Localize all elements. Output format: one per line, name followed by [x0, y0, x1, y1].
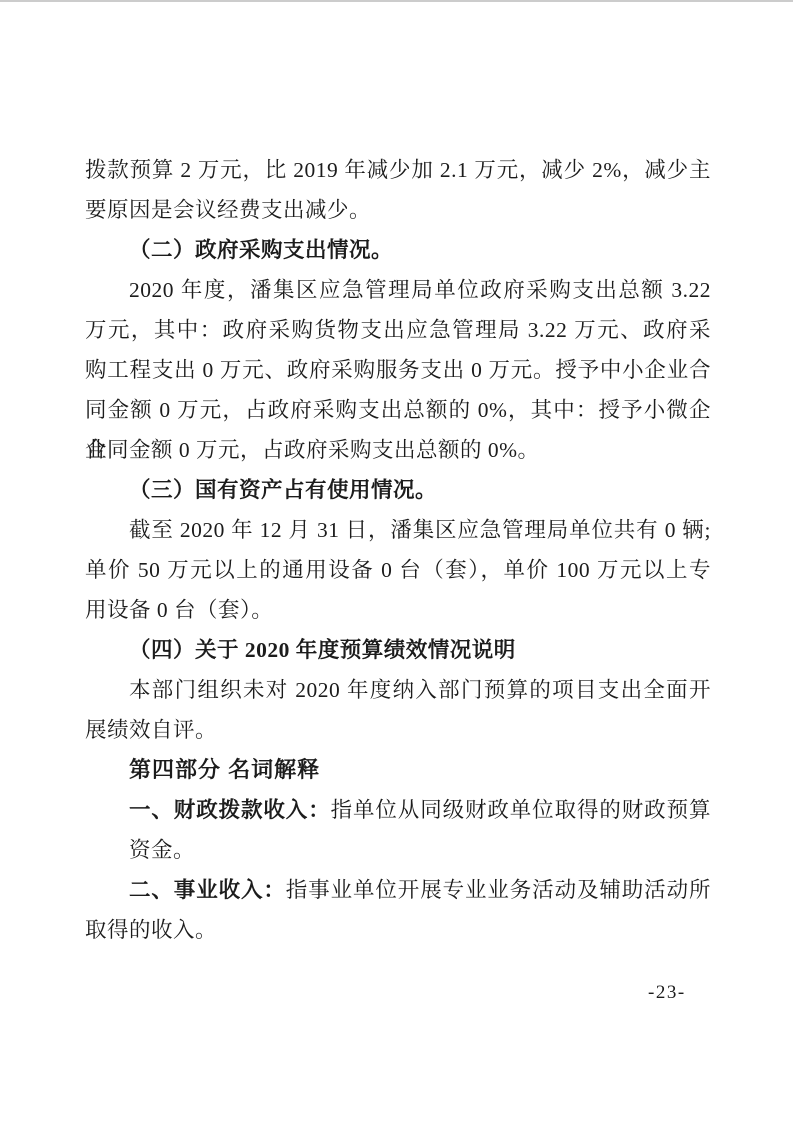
para-state-assets-line-2: 单价 50 万元以上的通用设备 0 台（套），单价 100 万元以上专: [85, 550, 711, 590]
term-fiscal-appropriation-line-1: 一、财政拨款收入：指单位从同级财政单位取得的财政预算: [85, 790, 711, 830]
para-funding-decrease-line-1: 拨款预算 2 万元，比 2019 年减少加 2.1 万元，减少 2%，减少主: [85, 150, 711, 190]
para-state-assets-line-3: 用设备 0 台（套）。: [85, 590, 711, 630]
term-fiscal-appropriation-line-2: 资金。: [85, 830, 711, 870]
para-gov-procurement-line-5: 合同金额 0 万元，占政府采购支出总额的 0%。: [85, 430, 711, 470]
document-page: 拨款预算 2 万元，比 2019 年减少加 2.1 万元，减少 2%，减少主 要…: [0, 0, 793, 1122]
para-gov-procurement-line-3: 购工程支出 0 万元、政府采购服务支出 0 万元。授予中小企业合: [85, 350, 711, 390]
document-body: 拨款预算 2 万元，比 2019 年减少加 2.1 万元，减少 2%，减少主 要…: [85, 150, 711, 950]
scan-edge-line: [0, 0, 793, 2]
heading-part-four-glossary: 第四部分 名词解释: [85, 750, 711, 790]
para-gov-procurement-line-2: 万元，其中：政府采购货物支出应急管理局 3.22 万元、政府采: [85, 310, 711, 350]
heading-budget-performance: （四）关于 2020 年度预算绩效情况说明: [85, 630, 711, 670]
para-funding-decrease-line-2: 要原因是会议经费支出减少。: [85, 190, 711, 230]
heading-gov-procurement: （二）政府采购支出情况。: [85, 230, 711, 270]
para-budget-performance-line-1: 本部门组织未对 2020 年度纳入部门预算的项目支出全面开: [85, 670, 711, 710]
para-gov-procurement-line-1: 2020 年度，潘集区应急管理局单位政府采购支出总额 3.22: [85, 270, 711, 310]
term-operating-income-definition: 指事业单位开展专业业务活动及辅助活动所: [286, 878, 711, 902]
para-state-assets-line-1: 截至 2020 年 12 月 31 日，潘集区应急管理局单位共有 0 辆;: [85, 510, 711, 550]
page-number: -23-: [648, 982, 686, 1004]
term-operating-income-line-1: 二、事业收入：指事业单位开展专业业务活动及辅助活动所: [85, 870, 711, 910]
term-operating-income-title: 二、事业收入：: [129, 878, 286, 902]
para-budget-performance-line-2: 展绩效自评。: [85, 710, 711, 750]
heading-state-assets: （三）国有资产占有使用情况。: [85, 470, 711, 510]
para-gov-procurement-line-4: 同金额 0 万元，占政府采购支出总额的 0%，其中：授予小微企业: [85, 390, 711, 430]
term-operating-income-line-2: 取得的收入。: [85, 910, 711, 950]
term-fiscal-appropriation-definition: 指单位从同级财政单位取得的财政预算: [331, 798, 711, 822]
term-fiscal-appropriation-title: 一、财政拨款收入：: [129, 798, 331, 822]
